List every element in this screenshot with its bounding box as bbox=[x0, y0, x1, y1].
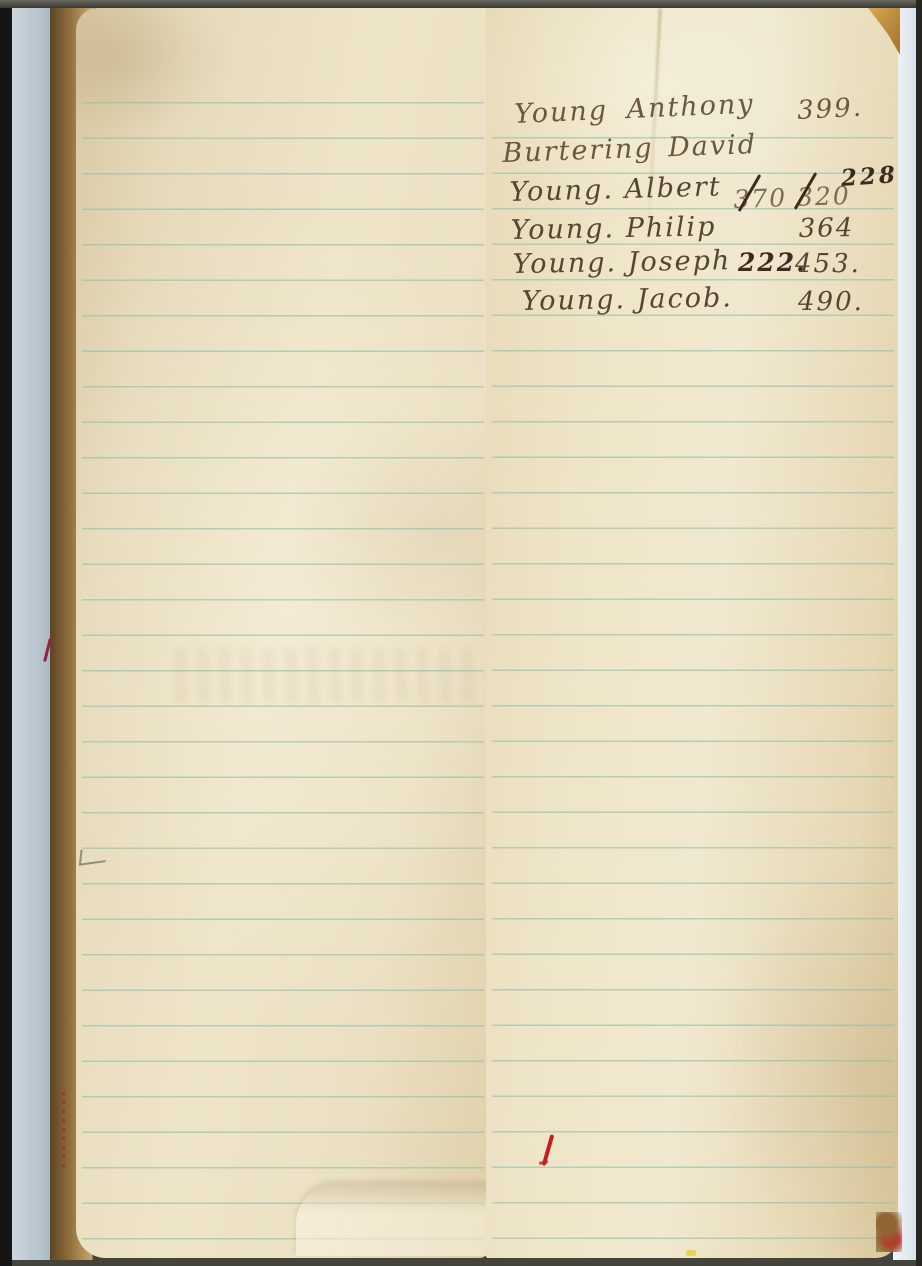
corrected-page-number: 228 bbox=[840, 160, 899, 194]
torn-corner bbox=[858, 6, 900, 58]
entry-page-number: 364 bbox=[798, 213, 854, 244]
ink-bleedthrough-smudge bbox=[176, 648, 476, 704]
scan-frame-edge bbox=[916, 0, 922, 1266]
scan-frame-edge bbox=[0, 0, 12, 1266]
scan-frame-edge bbox=[0, 0, 922, 8]
left-page-blank bbox=[76, 8, 488, 1258]
entry-name: Young Anthony bbox=[514, 90, 755, 130]
entry-page-number: 490. bbox=[798, 287, 864, 317]
entry-name: Young. Albert bbox=[509, 172, 722, 208]
edge-damage-spot bbox=[876, 1212, 902, 1252]
entry-name: Young. Joseph bbox=[512, 246, 731, 280]
scanned-ledger-page: Young Anthony 399. Burtering David Young… bbox=[0, 0, 922, 1266]
entry-page-number: 399. bbox=[796, 93, 863, 126]
right-page: Young Anthony 399. Burtering David Young… bbox=[486, 8, 898, 1258]
entry-name: Young. Jacob. bbox=[521, 283, 733, 317]
page-bottom-fold bbox=[296, 1184, 491, 1256]
entry-name: Young. Philip bbox=[510, 212, 716, 246]
scan-frame-edge bbox=[0, 1252, 922, 1266]
yellow-paper-speck bbox=[686, 1250, 696, 1256]
red-binding-stitches bbox=[62, 1092, 65, 1172]
entry-page-number: 453. bbox=[795, 249, 861, 279]
